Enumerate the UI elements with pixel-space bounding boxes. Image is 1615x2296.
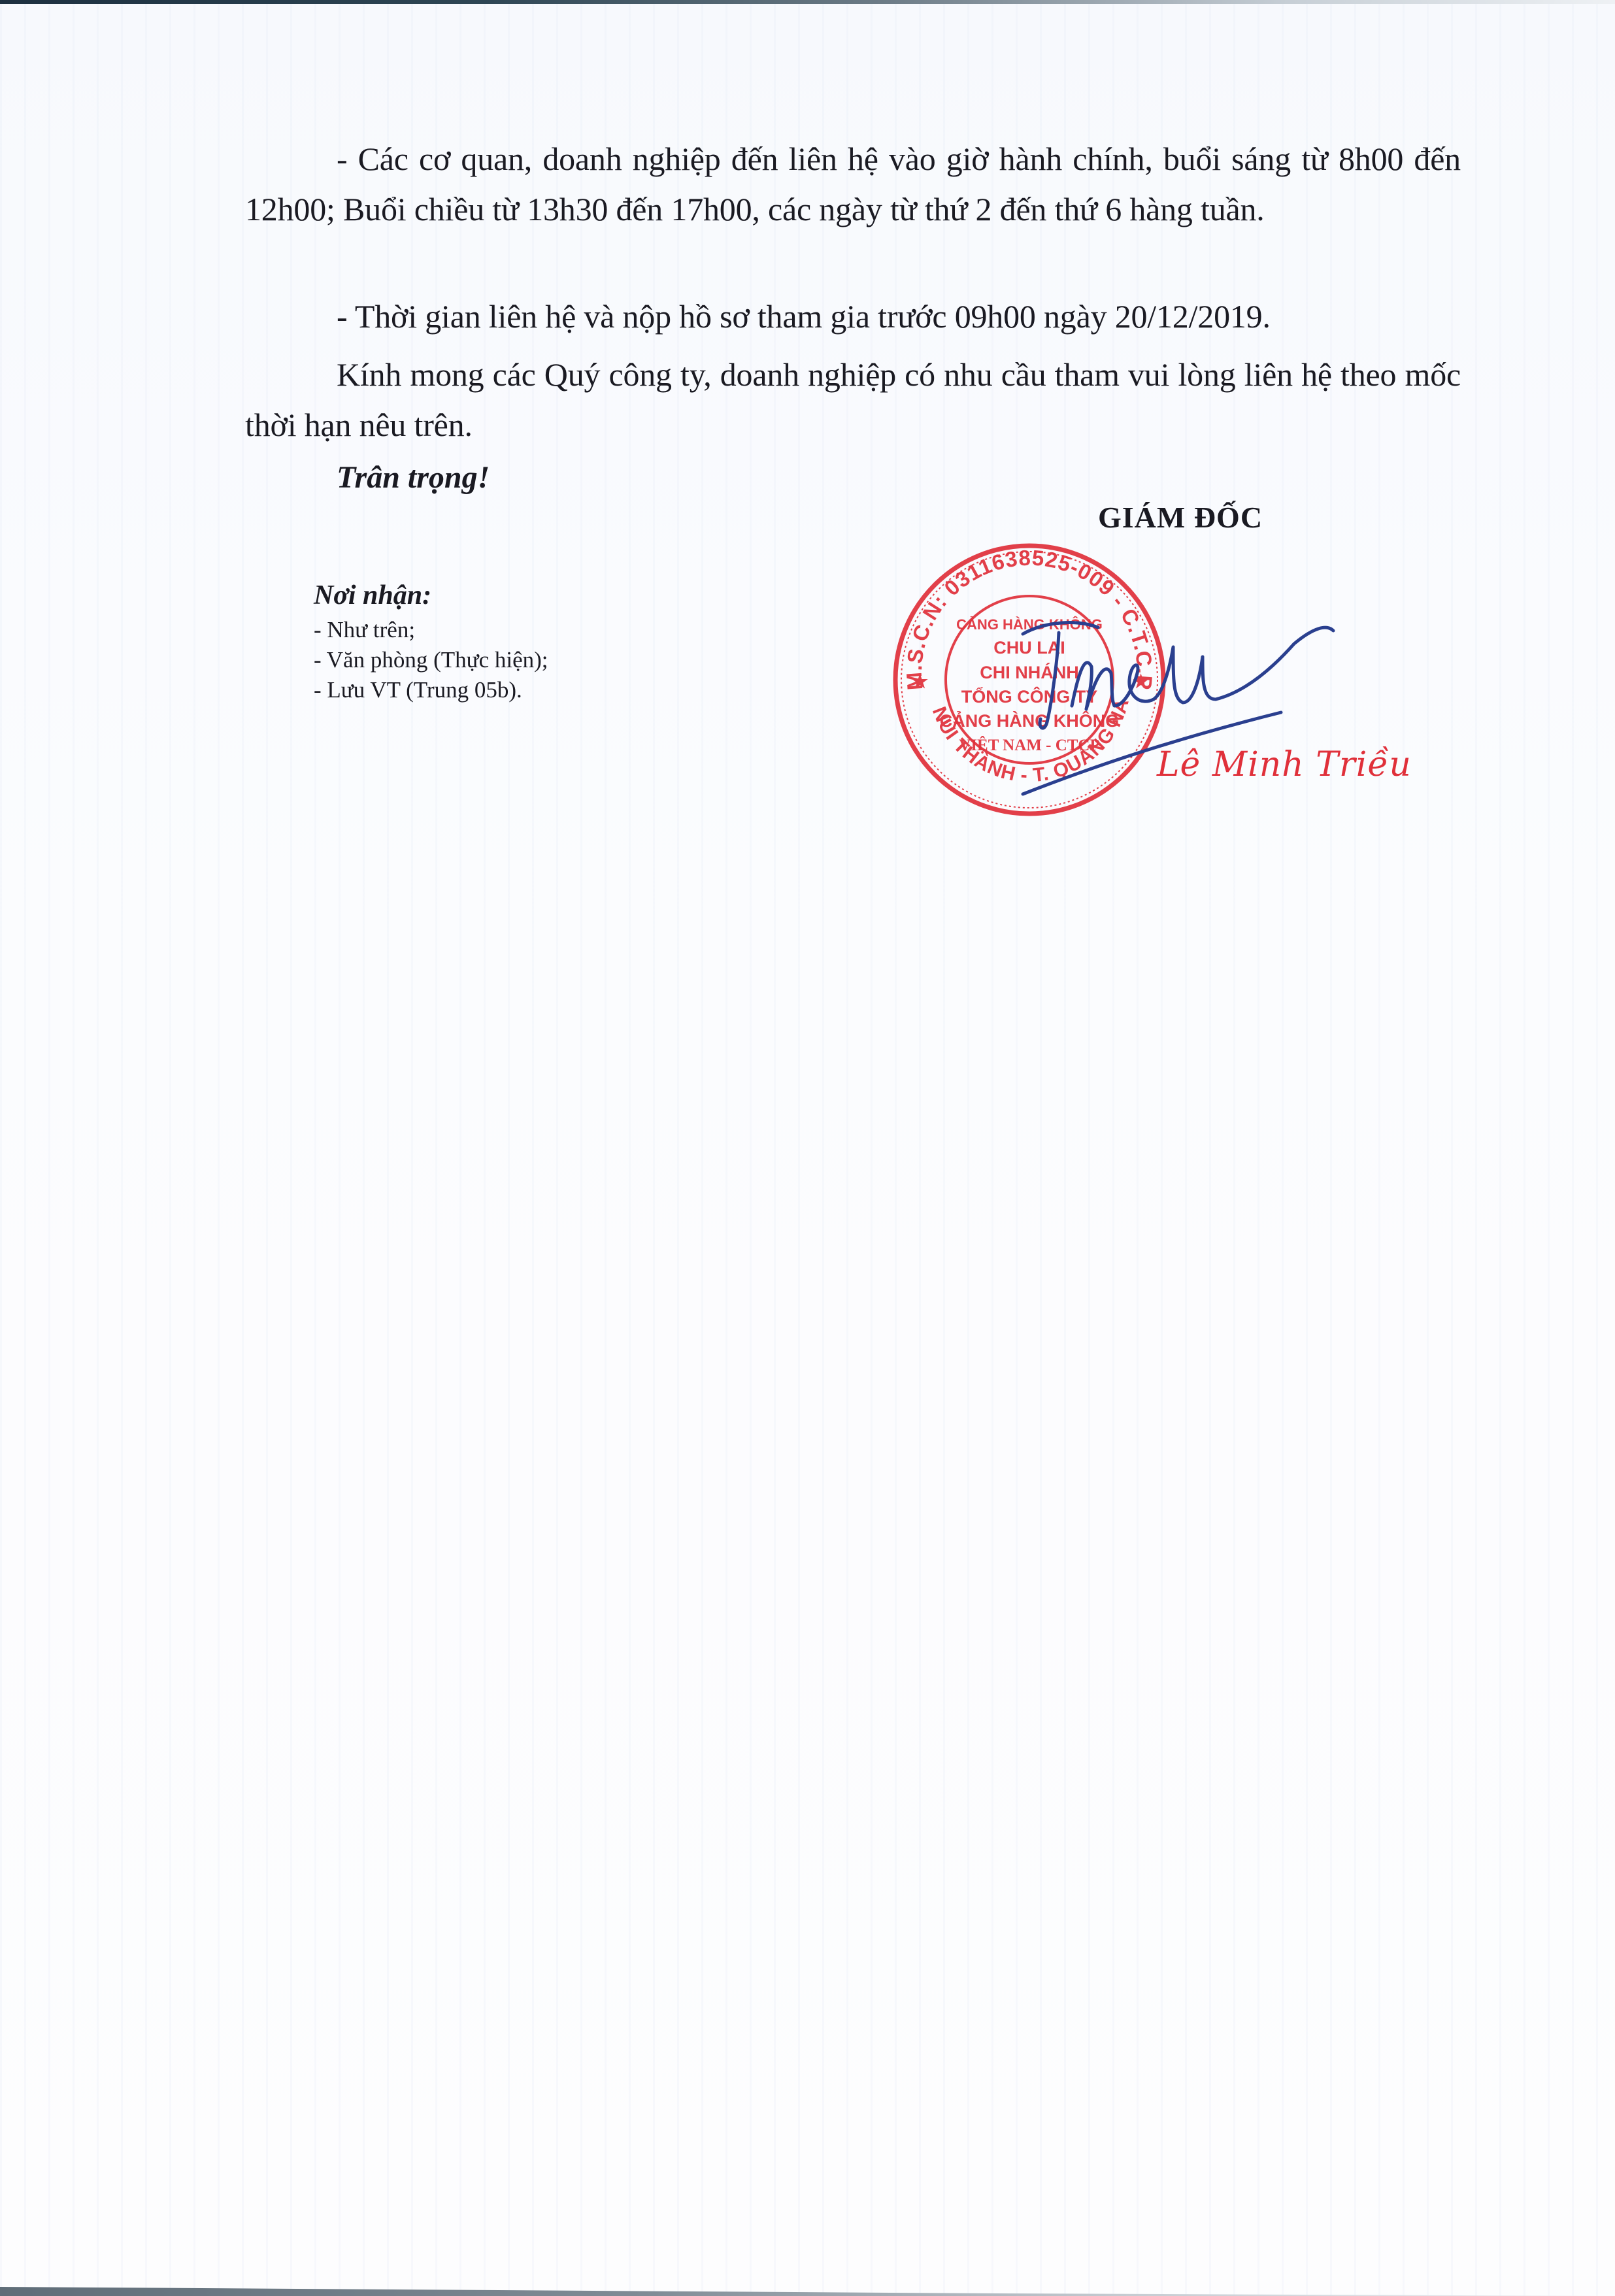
scan-top-edge <box>0 0 1615 4</box>
recipients-title: Nơi nhận: <box>314 578 548 612</box>
signer-title: GIÁM ĐỐC <box>1098 500 1263 535</box>
closing-greeting: Trân trọng! <box>337 459 490 495</box>
scanned-paper-background <box>0 0 1615 2296</box>
recipient-item: - Văn phòng (Thực hiện); <box>314 645 548 675</box>
paragraph-office-hours: - Các cơ quan, doanh nghiệp đến liên hệ … <box>245 134 1461 235</box>
paragraph-deadline: - Thời gian liên hệ và nộp hồ sơ tham gi… <box>245 291 1461 342</box>
svg-text:★: ★ <box>912 671 928 691</box>
recipient-item: - Lưu VT (Trung 05b). <box>314 675 548 705</box>
paragraph-request: Kính mong các Quý công ty, doanh nghiệp … <box>245 350 1461 450</box>
signer-name: Lê Minh Triều <box>1157 745 1412 784</box>
recipient-item: - Như trên; <box>314 615 548 645</box>
recipients-block: Nơi nhận: - Như trên; - Văn phòng (Thực … <box>314 578 548 705</box>
